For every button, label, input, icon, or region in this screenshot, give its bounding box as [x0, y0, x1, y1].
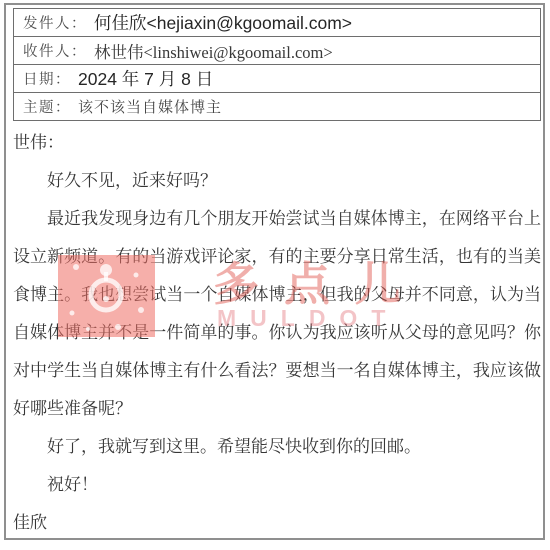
salutation: 世伟：: [13, 124, 541, 162]
paragraph-wish: 祝好！: [13, 466, 541, 504]
date-label: 日期：: [23, 68, 71, 89]
paragraph-closing: 好了，我就写到这里。希望能尽快收到你的回邮。: [13, 428, 541, 466]
from-value: 何佳欣<hejiaxin@kgoomail.com>: [94, 10, 352, 35]
header-row-from: 发件人： 何佳欣<hejiaxin@kgoomail.com>: [13, 8, 541, 37]
subject-value: 该不该当自媒体博主: [78, 96, 222, 117]
subject-label: 主题：: [23, 96, 71, 117]
from-label: 发件人：: [23, 12, 87, 33]
email-body: 世伟： 好久不见，近来好吗？ 最近我发现身边有几个朋友开始尝试当自媒体博主，在网…: [13, 124, 541, 542]
header-row-date: 日期： 2024 年 7 月 8 日: [13, 64, 541, 93]
paragraph-main: 最近我发现身边有几个朋友开始尝试当自媒体博主，在网络平台上设立新频道。有的当游戏…: [13, 200, 541, 428]
signature: 佳欣: [13, 504, 541, 542]
paragraph-greeting: 好久不见，近来好吗？: [13, 162, 541, 200]
email-header-table: 发件人： 何佳欣<hejiaxin@kgoomail.com> 收件人： 林世伟…: [13, 8, 541, 121]
to-label: 收件人：: [23, 40, 87, 61]
to-value: 林世伟<linshiwei@kgoomail.com>: [94, 39, 333, 63]
header-row-subject: 主题： 该不该当自媒体博主: [13, 92, 541, 121]
email-document-page: 发件人： 何佳欣<hejiaxin@kgoomail.com> 收件人： 林世伟…: [0, 0, 550, 550]
date-value: 2024 年 7 月 8 日: [78, 66, 213, 91]
header-row-to: 收件人： 林世伟<linshiwei@kgoomail.com>: [13, 36, 541, 65]
